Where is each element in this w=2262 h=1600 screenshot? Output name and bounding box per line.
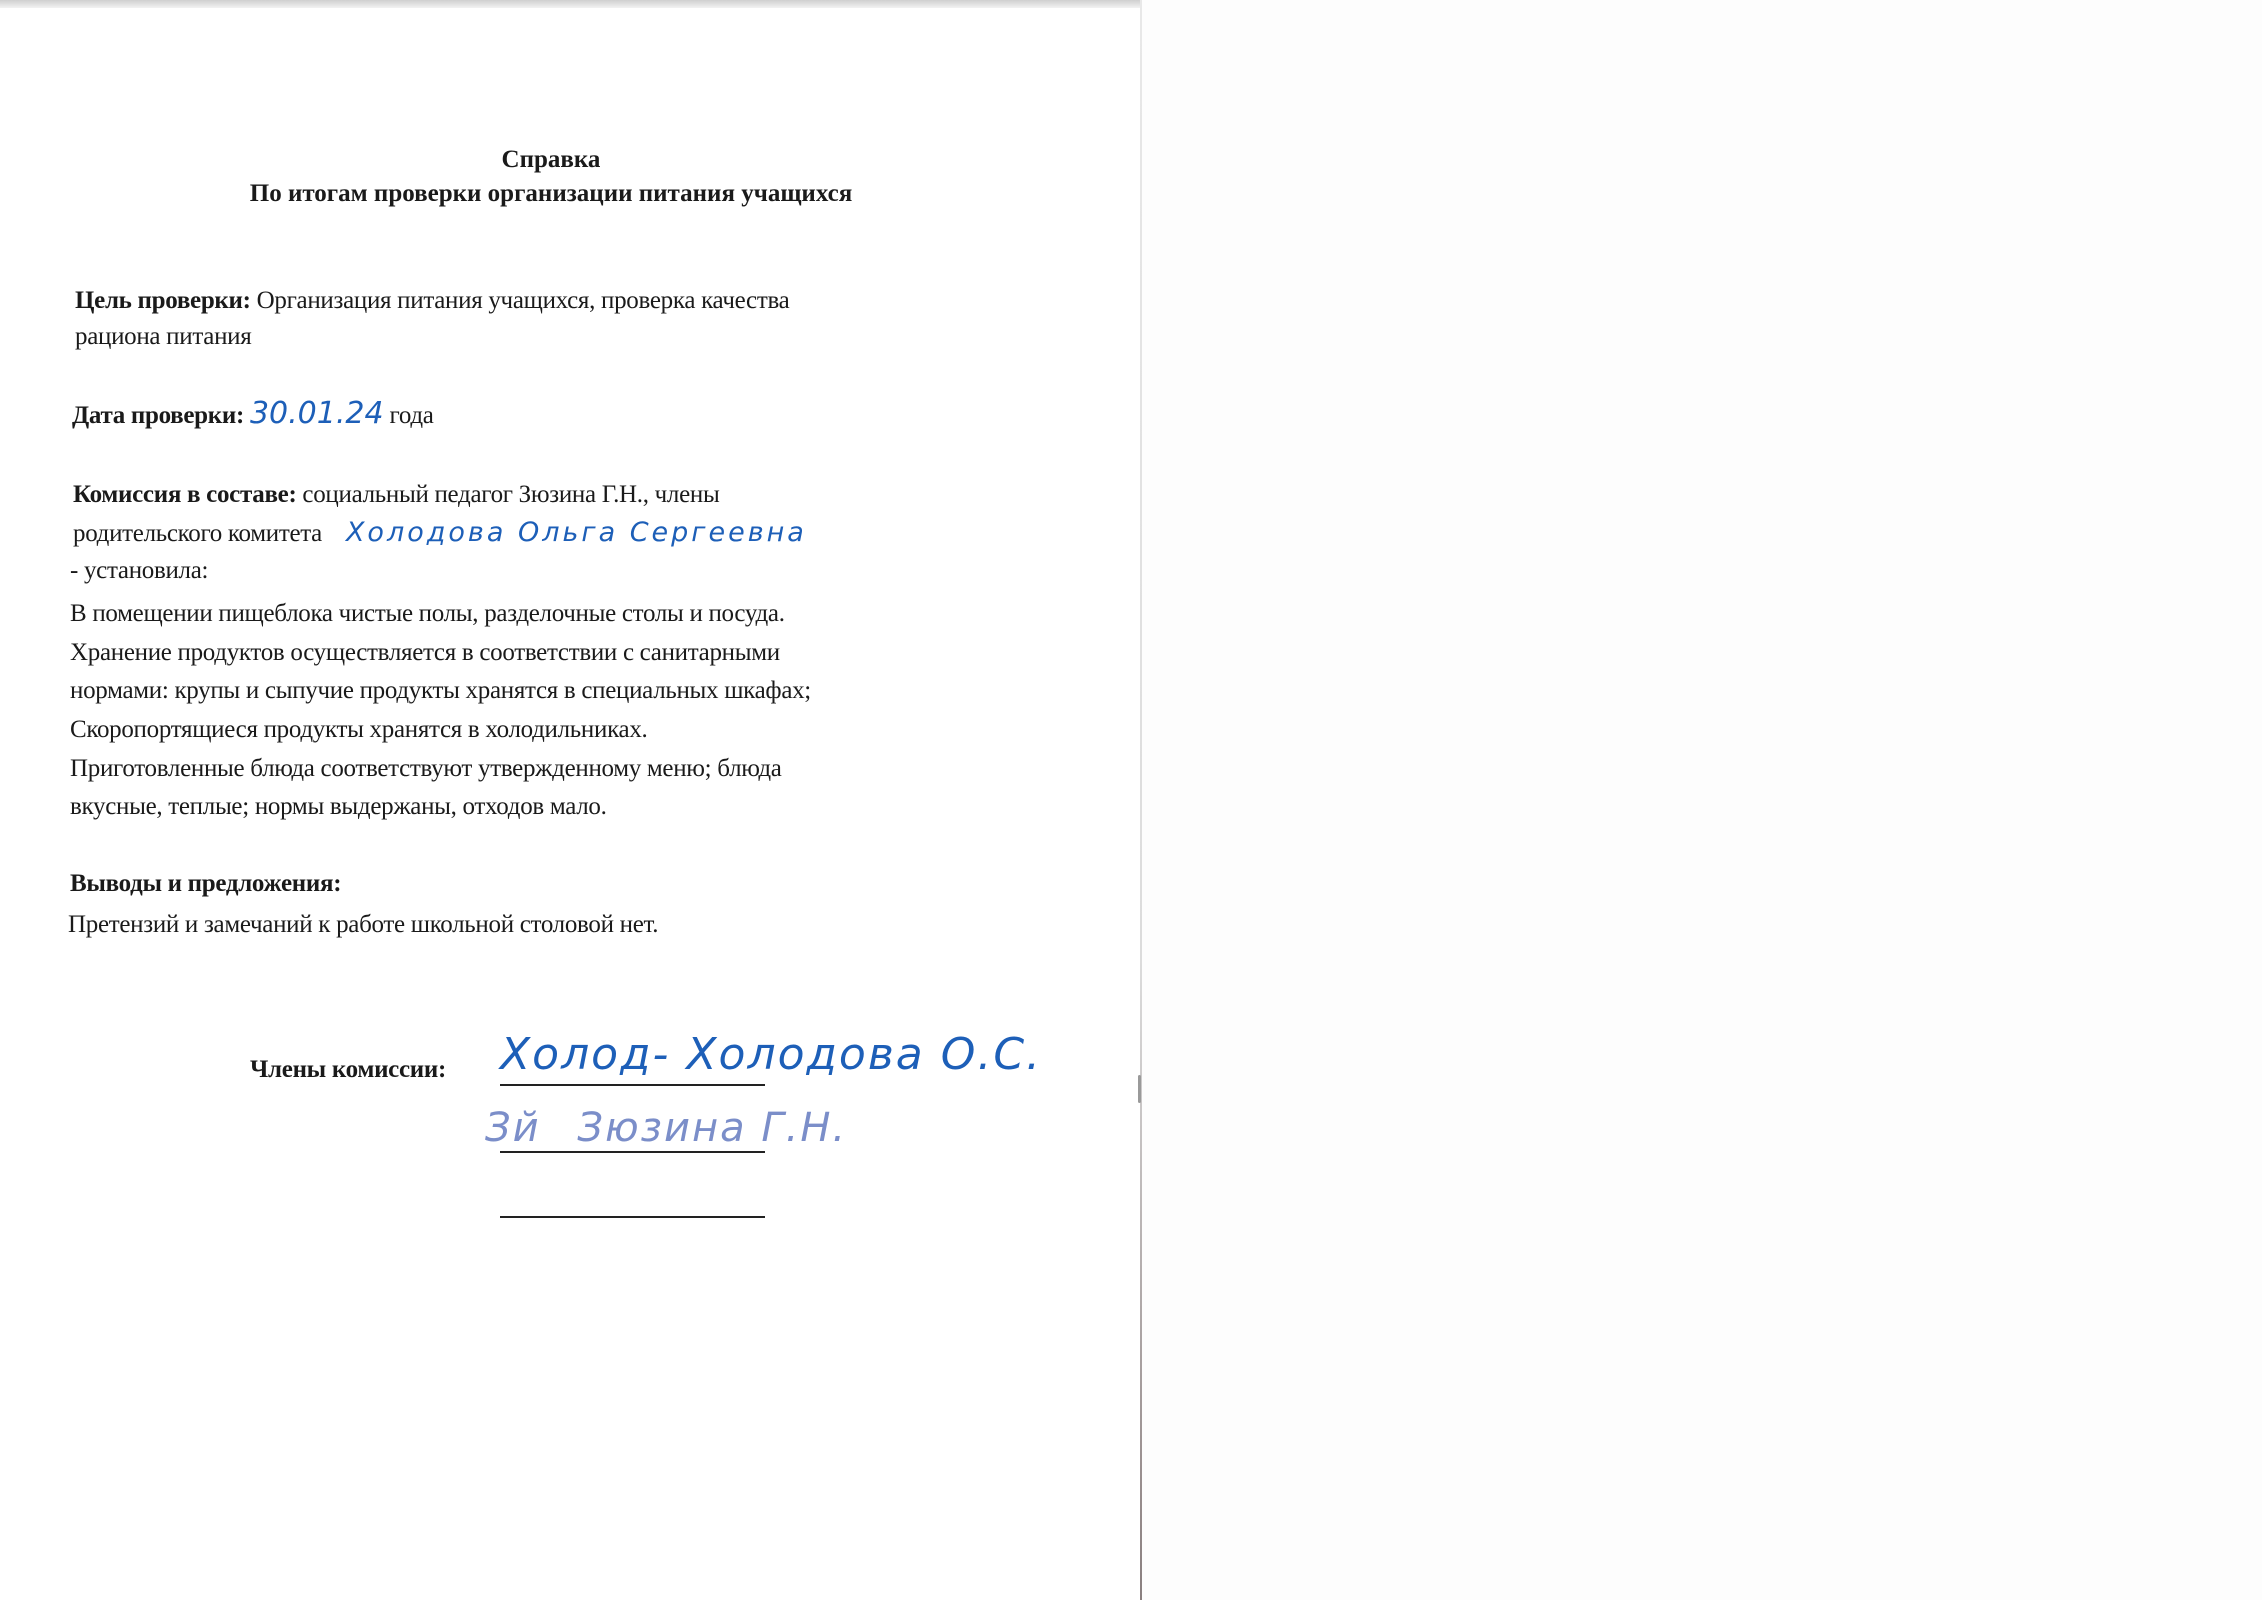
parent-committee-text: родительского комитета bbox=[73, 520, 322, 547]
signature-1-handwritten: Холод- Холодова О.С. bbox=[500, 1030, 1042, 1080]
purpose-line-2: рациона питания bbox=[75, 322, 251, 352]
date-handwritten: 30.01.24 bbox=[250, 396, 384, 431]
page-top-shadow bbox=[0, 0, 1142, 8]
document-title: Справка bbox=[0, 146, 1122, 174]
purpose-label: Цель проверки: bbox=[75, 287, 251, 314]
purpose-line-1: Цель проверки: Организация питания учащи… bbox=[75, 286, 789, 316]
commission-label: Комиссия в составе: bbox=[73, 481, 296, 508]
scanned-page: Справка По итогам проверки организации п… bbox=[0, 0, 1142, 1600]
signature-line-3 bbox=[500, 1216, 765, 1218]
commission-line-1: Комиссия в составе: социальный педагог З… bbox=[73, 480, 719, 510]
date-line: Дата проверки: 30.01.24 года bbox=[72, 399, 434, 431]
finding-line: Скоропортящиеся продукты хранятся в холо… bbox=[70, 715, 647, 745]
finding-line: вкусные, теплые; нормы выдержаны, отходо… bbox=[70, 792, 607, 822]
signature-2-name: Зюзина Г.Н. bbox=[577, 1105, 847, 1151]
date-suffix: года bbox=[390, 402, 434, 429]
conclusions-label: Выводы и предложения: bbox=[70, 869, 341, 899]
signature-line-2 bbox=[500, 1151, 765, 1153]
page-edge-mark bbox=[1138, 1075, 1141, 1103]
commission-line-2: родительского комитета Холодова Ольга Се… bbox=[73, 518, 807, 549]
date-label: Дата проверки: bbox=[72, 402, 244, 429]
signature-line-1 bbox=[500, 1084, 765, 1086]
background-area bbox=[1142, 0, 2262, 1600]
commission-line-3: - установила: bbox=[70, 556, 208, 586]
finding-line: нормами: крупы и сыпучие продукты хранят… bbox=[70, 676, 811, 706]
signature-2-handwritten: Зй Зюзина Г.Н. bbox=[485, 1105, 847, 1151]
document-subtitle: По итогам проверки организации питания у… bbox=[0, 180, 1122, 208]
finding-line: Хранение продуктов осуществляется в соот… bbox=[70, 638, 780, 668]
conclusions-text: Претензий и замечаний к работе школьной … bbox=[68, 910, 658, 940]
signature-2-initials-mark: Зй bbox=[485, 1105, 541, 1151]
finding-line: Приготовленные блюда соответствуют утвер… bbox=[70, 754, 782, 784]
signatures-label: Члены комиссии: bbox=[250, 1055, 446, 1085]
commission-text: социальный педагог Зюзина Г.Н., члены bbox=[302, 481, 719, 508]
finding-line: В помещении пищеблока чистые полы, разде… bbox=[70, 599, 785, 629]
purpose-text: Организация питания учащихся, проверка к… bbox=[257, 287, 790, 314]
committee-member-handwritten: Холодова Ольга Сергеевна bbox=[346, 517, 807, 548]
